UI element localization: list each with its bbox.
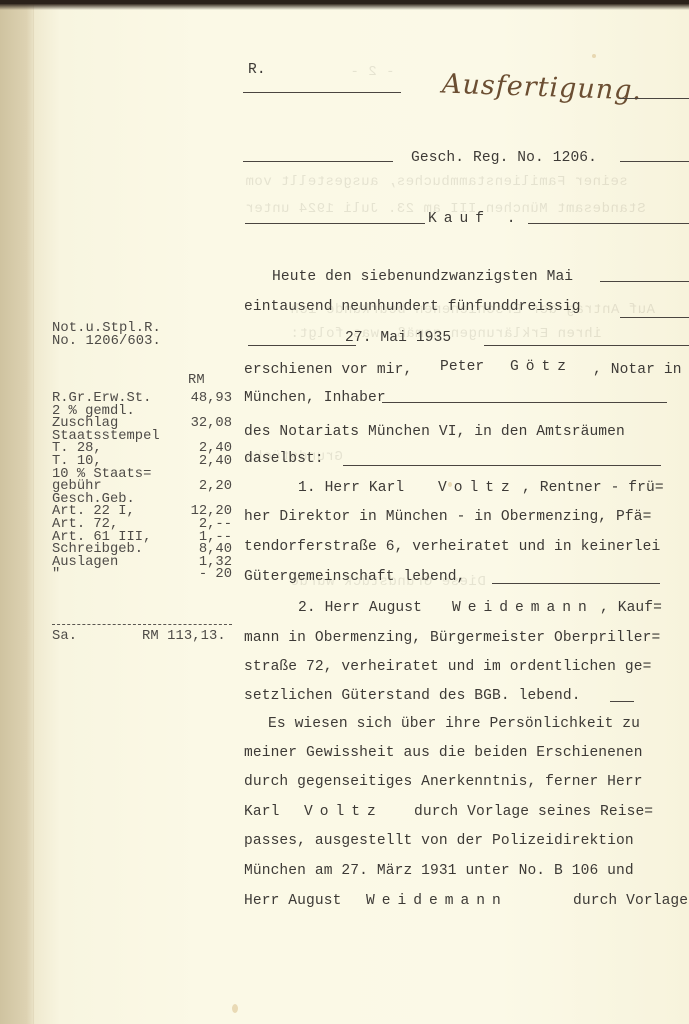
body-line: 2. Herr August — [298, 600, 422, 616]
body-line: durch gegenseitiges Anerkenntnis, ferner… — [244, 774, 643, 790]
fee-total-value: RM 113,13. — [142, 629, 226, 644]
bleed-through-page-number: - 2 - — [350, 64, 395, 80]
fill-rule — [600, 281, 689, 282]
body-line: , Notar in — [593, 362, 682, 378]
body-line: München, Inhaber — [244, 390, 386, 406]
fee-label: " — [52, 569, 60, 582]
body-line: daselbst: — [244, 451, 324, 467]
fee-total-label: Sa. — [52, 629, 77, 644]
fill-rule — [492, 583, 660, 584]
fill-rule — [248, 345, 356, 346]
fee-value: 2,20 — [199, 481, 232, 494]
body-line: , Kauf= — [600, 600, 662, 616]
header-rule — [243, 92, 401, 93]
subject-rule-left — [245, 223, 425, 224]
header-rule — [620, 98, 689, 99]
handwritten-title: Ausfertigung. — [442, 69, 643, 107]
body-line: durch Vorlage — [573, 893, 688, 909]
body-line: mann in Obermenzing, Bürgermeister Oberp… — [244, 630, 660, 646]
fee-value: 2,40 — [199, 456, 232, 469]
page-binding — [0, 4, 34, 1024]
body-line: , Rentner - frü= — [522, 480, 664, 496]
register-rule-right — [620, 161, 689, 162]
body-line: Es wiesen sich über ihre Persönlichkeit … — [268, 716, 640, 732]
subject-rule-right — [528, 223, 689, 224]
body-line: meiner Gewissheit aus die beiden Erschie… — [244, 745, 643, 761]
currency-header: RM — [188, 373, 205, 388]
fill-rule — [620, 317, 689, 318]
fill-rule — [484, 345, 689, 346]
fill-rule — [343, 465, 661, 466]
fee-label: Auslagen — [52, 557, 118, 570]
paper-stain — [232, 1004, 238, 1013]
paper-stain — [592, 54, 596, 58]
body-line: Herr August — [244, 893, 341, 909]
body-line: setzlichen Güterstand des BGB. lebend. — [244, 688, 581, 704]
date-numeric: 27. Mai 1935 — [345, 330, 451, 346]
contract-subject: Kauf . — [428, 211, 523, 227]
body-line: München am 27. März 1931 unter No. B 106… — [244, 863, 634, 879]
record-reference-line2: No. 1206/603. — [52, 336, 161, 349]
body-line: des Notariats München VI, in den Amtsräu… — [244, 424, 625, 440]
top-edge-shadow — [0, 4, 689, 10]
party-surname: Voltz — [438, 480, 517, 496]
body-line: passes, ausgestellt von der Polizeidirek… — [244, 833, 634, 849]
body-line: Heute den siebenundzwanzigsten Mai — [272, 269, 573, 285]
party-surname: Weidemann — [452, 600, 594, 616]
fee-table: R.Gr.Erw.St.48,93 2 % gemdl. Zuschlag32,… — [52, 393, 232, 582]
body-line: straße 72, verheiratet und im ordentlich… — [244, 659, 651, 675]
party-surname: Voltz — [304, 804, 383, 820]
fill-rule — [610, 701, 634, 702]
document-page: - 2 - seiner Familienstammbuches, ausges… — [0, 4, 689, 1024]
register-rule-left — [243, 161, 393, 162]
register-number: Gesch. Reg. No. 1206. — [411, 150, 597, 166]
record-reference: Not.u.Stpl.R. No. 1206/603. — [52, 323, 161, 348]
body-line: Karl — [244, 804, 279, 820]
notary-first-name: Peter — [440, 359, 484, 375]
fee-value: - 20 — [199, 569, 232, 582]
body-line: Gütergemeinschaft lebend, — [244, 569, 465, 585]
notary-surname: Götz — [510, 359, 573, 375]
fee-total-divider — [52, 624, 232, 625]
body-line: eintausend neunhundert fünfunddreissig — [244, 299, 581, 315]
fee-value: 32,08 — [191, 418, 232, 431]
body-line: her Direktor in München - in Obermenzing… — [244, 509, 651, 525]
body-line: 1. Herr Karl — [298, 480, 404, 496]
fee-row: "- 20 — [52, 569, 232, 582]
fill-rule — [382, 402, 667, 403]
reference-mark: R. — [248, 62, 266, 78]
party-surname: Weidemann — [366, 893, 508, 909]
bleed-through-line: seiner Familienstammbuches, ausgestellt … — [245, 174, 628, 190]
body-line: erschienen vor mir, — [244, 362, 412, 378]
fee-value: 48,93 — [191, 393, 232, 406]
body-line: durch Vorlage seines Reise= — [414, 804, 653, 820]
body-line: tendorferstraße 6, verheiratet und in ke… — [244, 539, 660, 555]
